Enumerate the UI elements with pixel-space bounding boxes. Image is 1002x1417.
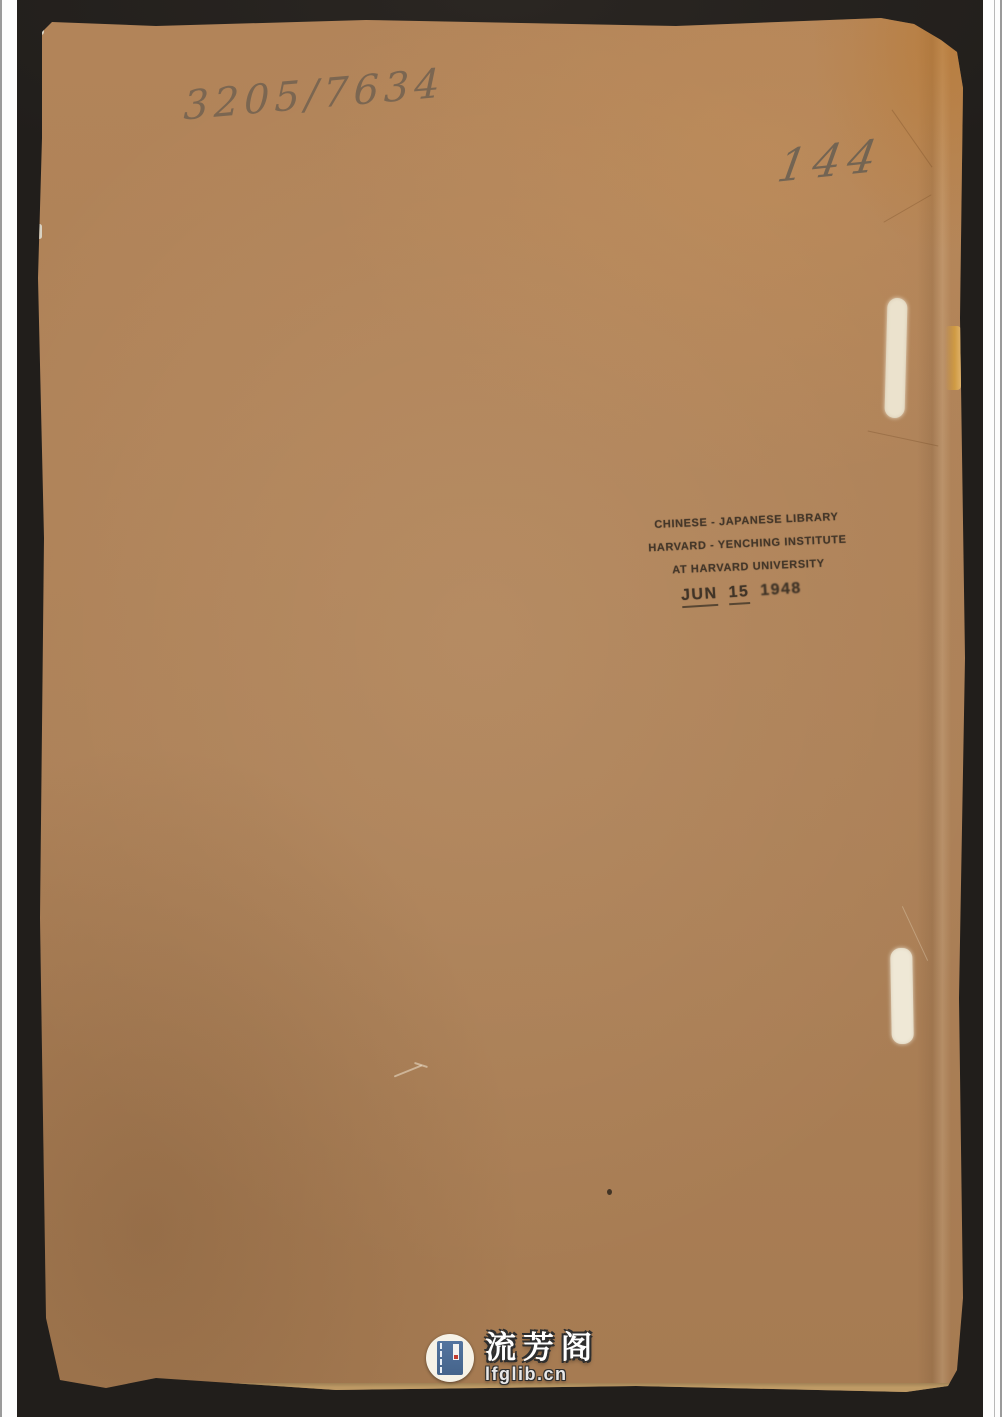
red-seal: [454, 1355, 458, 1359]
watermark: 流芳阁 lfglib.cn: [426, 1332, 599, 1383]
book-stitching: [440, 1343, 442, 1373]
scratch-mark: [394, 1064, 423, 1077]
watermark-name: 流芳阁: [485, 1332, 599, 1363]
repair-tape-top: [884, 298, 907, 418]
stamp-date-day: 15: [728, 583, 750, 605]
torn-edge-sliver: [945, 326, 961, 390]
handwritten-call-number: 3205/7634: [183, 60, 445, 129]
corner-stain: [815, 18, 965, 248]
watermark-url: lfglib.cn: [485, 1365, 599, 1383]
right-margin-inner-line: [994, 0, 995, 1417]
left-margin-edge-line: [0, 0, 2, 1417]
stamp-date-month: JUN: [681, 585, 719, 608]
book-title-label: [453, 1344, 459, 1360]
ink-speck: [607, 1189, 612, 1195]
stamp-date-year: 1948: [760, 580, 803, 604]
repair-tape-bottom: [890, 948, 914, 1044]
book-cover: 3205/7634 144 CHINESE - JAPANESE LIBRARY…: [36, 18, 965, 1397]
library-stamp: CHINESE - JAPANESE LIBRARY HARVARD - YEN…: [646, 506, 850, 609]
thread-bound-book-icon: [437, 1341, 463, 1375]
watermark-text: 流芳阁 lfglib.cn: [485, 1332, 599, 1383]
watermark-logo-circle: [426, 1334, 474, 1382]
scanned-page: 3205/7634 144 CHINESE - JAPANESE LIBRARY…: [0, 0, 1002, 1417]
